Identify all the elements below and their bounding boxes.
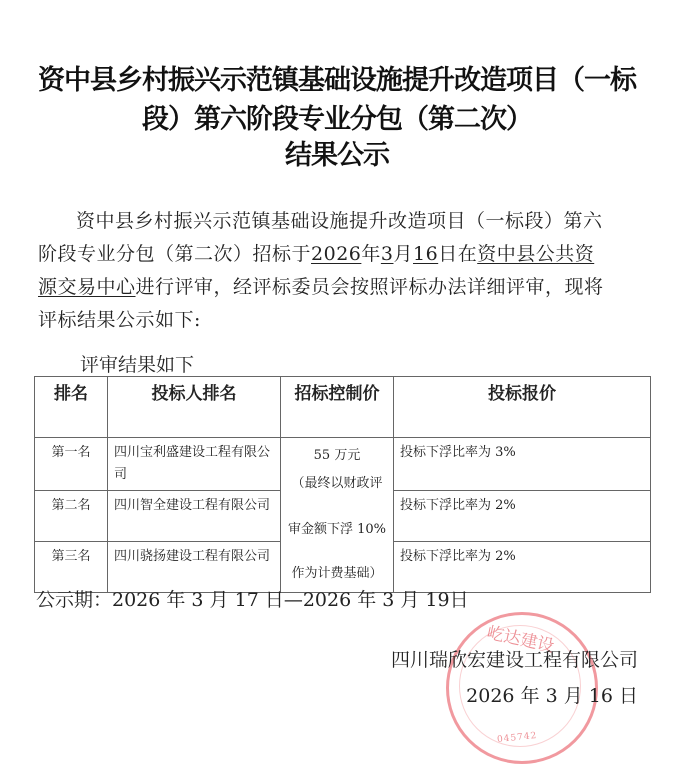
publicity-period: 公示期：2026 年 3 月 17 日—2026 年 3 月 19日 bbox=[36, 585, 469, 612]
tender-year: 2026 bbox=[311, 243, 361, 265]
document-title-line-1: 资中县乡村振兴示范镇基础设施提升改造项目（一标 bbox=[0, 58, 674, 97]
intro-line-4: 评标结果公示如下: bbox=[38, 304, 650, 337]
table-row: 第一名 四川宝利盛建设工程有限公司 55 万元 （最终以财政评 审金额下浮 10… bbox=[35, 438, 651, 491]
tender-day: 16 bbox=[413, 243, 438, 265]
control-price-amount: 55 万元 bbox=[287, 442, 387, 470]
rank-cell: 第一名 bbox=[35, 438, 108, 491]
signing-company: 四川瑞欣宏建设工程有限公司 bbox=[391, 645, 638, 672]
intro-text: 日在 bbox=[438, 243, 477, 265]
venue-part-2: 源交易中心 bbox=[38, 276, 136, 298]
intro-line-1: 资中县乡村振兴示范镇基础设施提升改造项目（一标段）第六 bbox=[38, 205, 650, 238]
document-title-line-3: 结果公示 bbox=[0, 133, 674, 172]
intro-text: 进行评审，经评标委员会按照评标办法详细评审，现将 bbox=[136, 276, 604, 298]
intro-line-2: 阶段专业分包（第二次）招标于2026年3月16日在资中县公共资 bbox=[38, 238, 650, 271]
intro-text: 年 bbox=[361, 243, 381, 265]
header-rank: 排名 bbox=[35, 377, 108, 438]
intro-paragraph: 资中县乡村振兴示范镇基础设施提升改造项目（一标段）第六 阶段专业分包（第二次）招… bbox=[38, 205, 650, 337]
control-price-note-3: 作为计费基础） bbox=[287, 560, 387, 588]
venue-part-1: 资中县公共资 bbox=[477, 243, 594, 265]
intro-text: 阶段专业分包（第二次）招标于 bbox=[38, 243, 311, 265]
header-bid: 投标报价 bbox=[394, 377, 651, 438]
document-title-line-2: 段）第六阶段专业分包（第二次） bbox=[0, 97, 674, 136]
bid-cell: 投标下浮比率为 3% bbox=[394, 438, 651, 491]
tender-month: 3 bbox=[381, 243, 394, 265]
control-price-note-1: （最终以财政评 bbox=[287, 470, 387, 498]
table-header-row: 排名 投标人排名 招标控制价 投标报价 bbox=[35, 377, 651, 438]
bid-cell: 投标下浮比率为 2% bbox=[394, 491, 651, 542]
signing-date: 2026 年 3 月 16 日 bbox=[466, 681, 638, 708]
bidder-cell: 四川智全建设工程有限公司 bbox=[108, 491, 281, 542]
control-price-cell: 55 万元 （最终以财政评 审金额下浮 10% 作为计费基础） bbox=[281, 438, 394, 593]
results-table: 排名 投标人排名 招标控制价 投标报价 第一名 四川宝利盛建设工程有限公司 55… bbox=[34, 376, 651, 593]
bidder-cell: 四川宝利盛建设工程有限公司 bbox=[108, 438, 281, 491]
header-control-price: 招标控制价 bbox=[281, 377, 394, 438]
control-price-note-2: 审金额下浮 10% bbox=[287, 516, 387, 544]
header-bidder: 投标人排名 bbox=[108, 377, 281, 438]
intro-line-3: 源交易中心进行评审，经评标委员会按照评标办法详细评审，现将 bbox=[38, 271, 650, 304]
results-heading: 评审结果如下 bbox=[80, 350, 194, 377]
intro-text: 月 bbox=[393, 243, 413, 265]
rank-cell: 第二名 bbox=[35, 491, 108, 542]
